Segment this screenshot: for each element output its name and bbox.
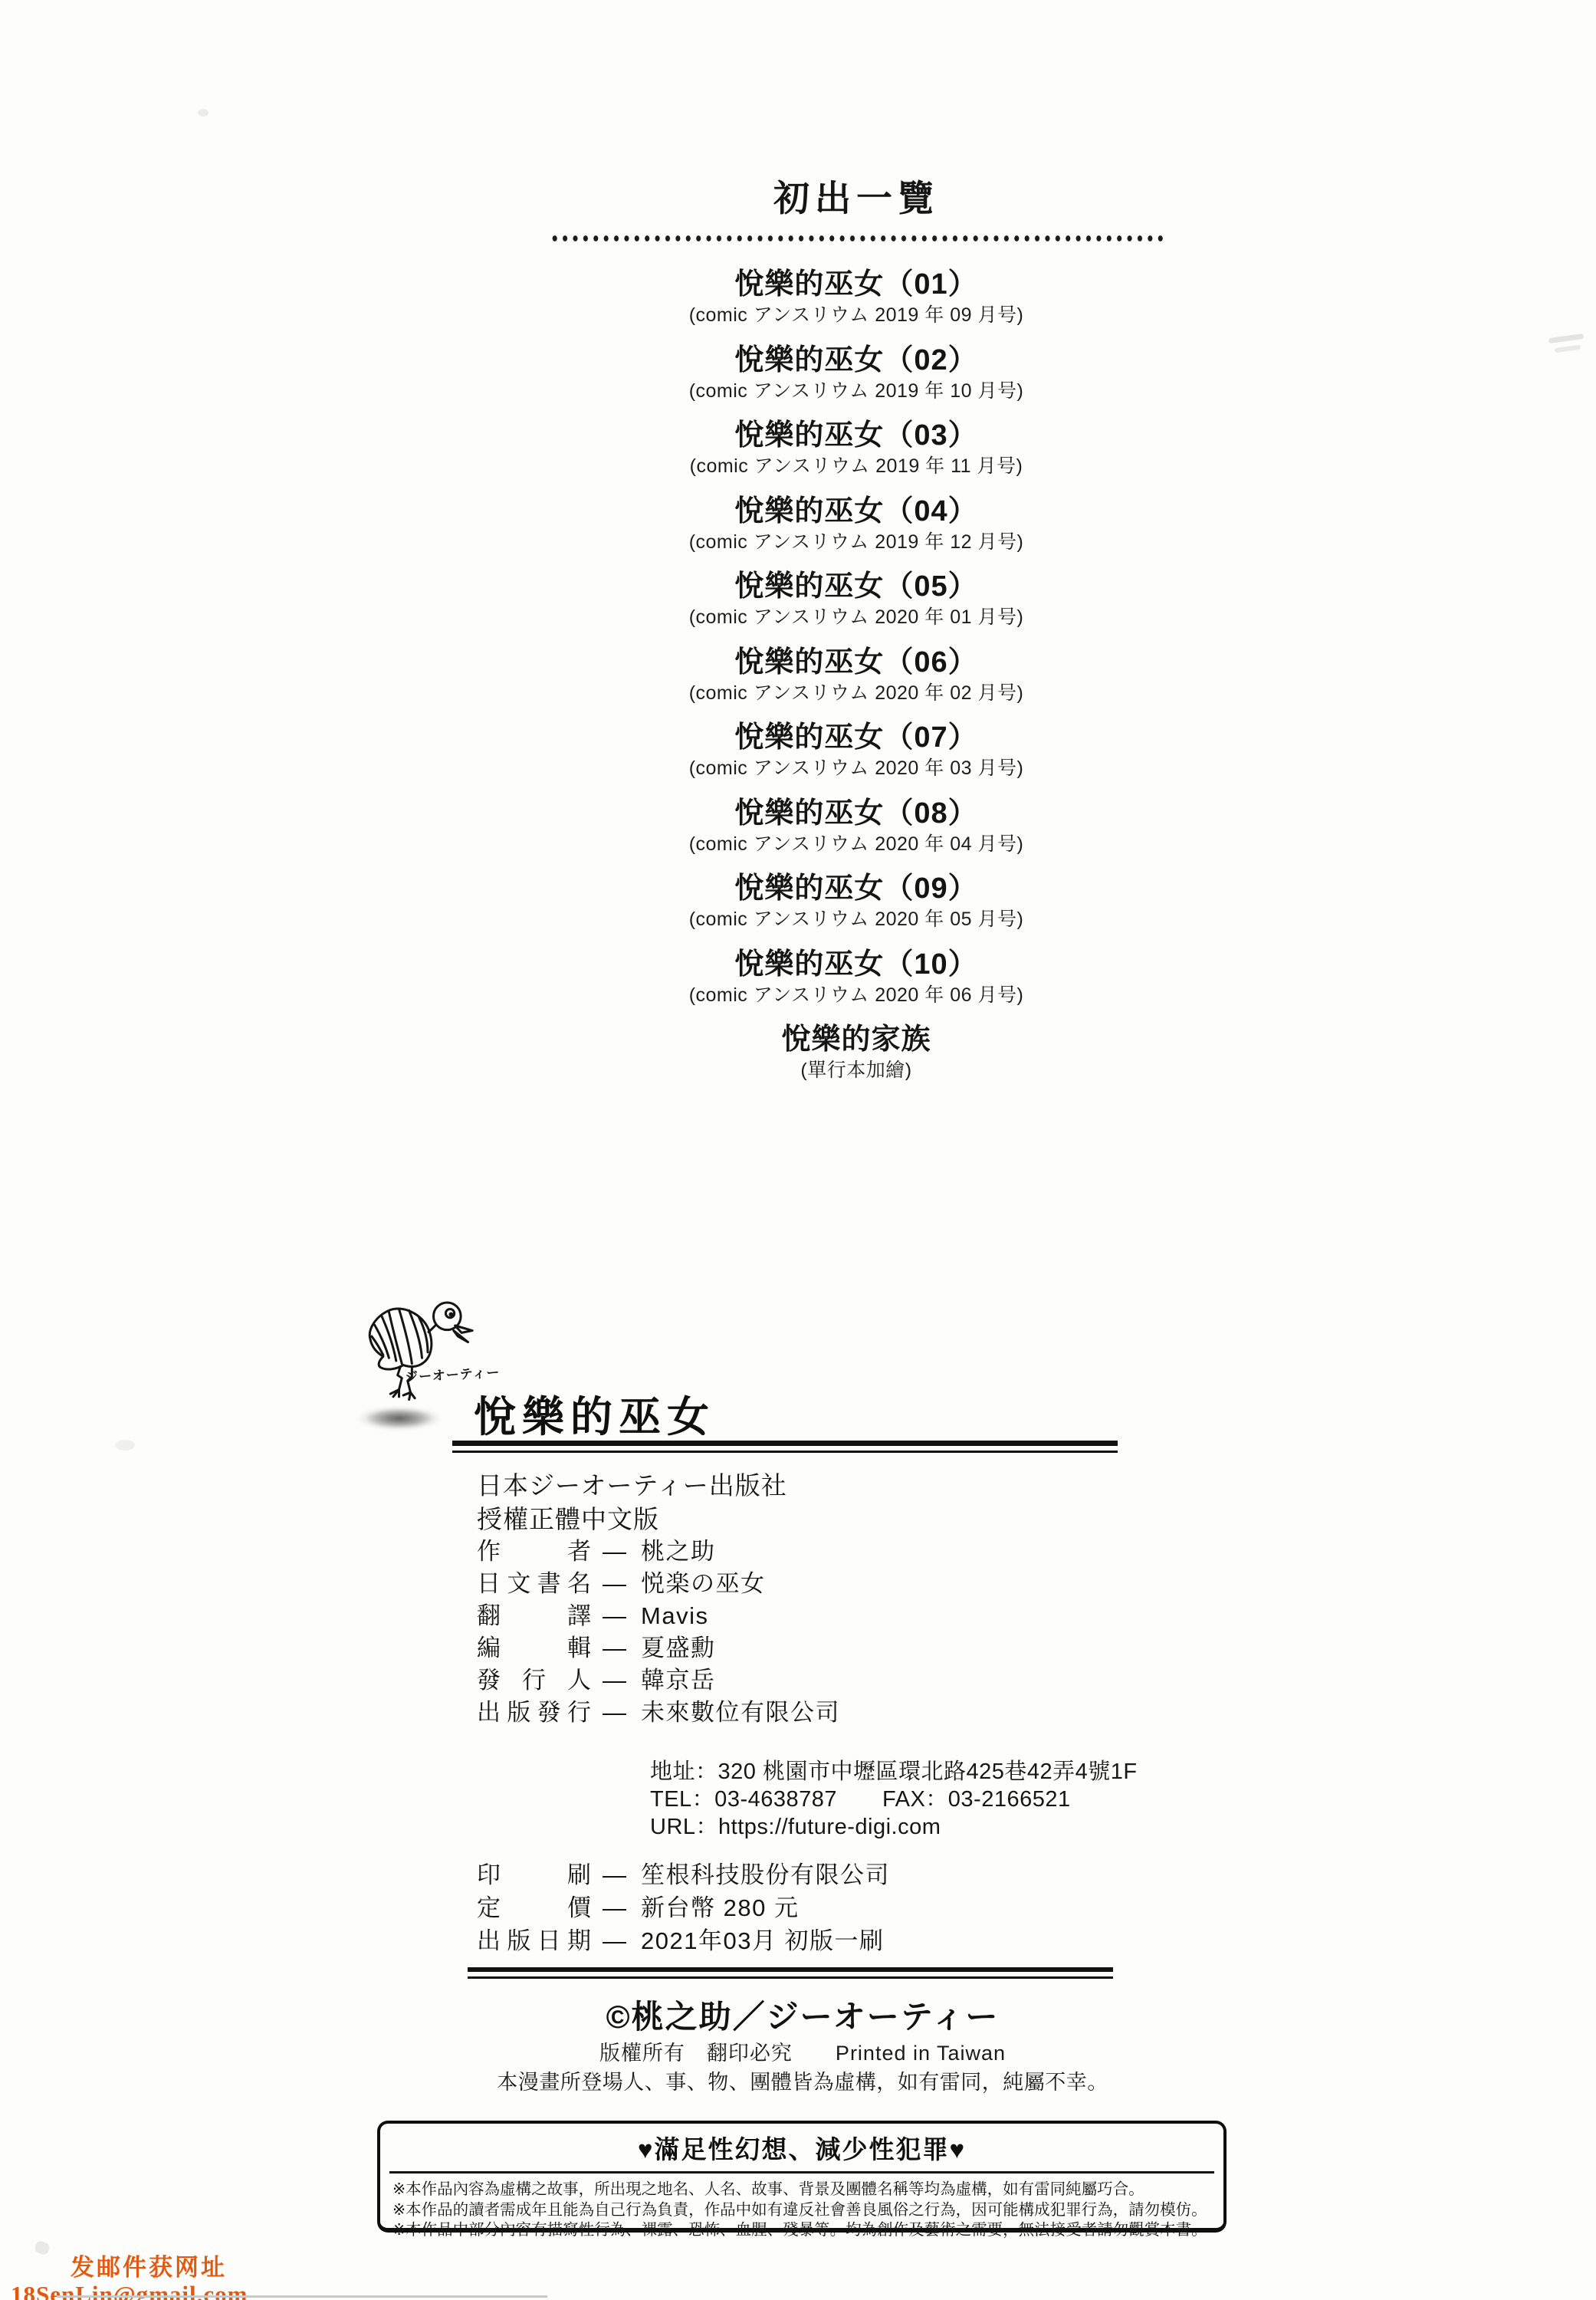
row-dash: — <box>603 1602 627 1630</box>
scanned-colophon-page: 初出一覽 悅樂的巫女（01） (comic アンスリウム 2019 年 09 月… <box>0 0 1596 2300</box>
title-rule <box>452 1441 1118 1453</box>
publication-title: 悅樂的巫女（10） <box>117 947 1596 982</box>
publication-title: 悅樂的家族 <box>117 1022 1596 1057</box>
row-value: 夏盛勳 <box>641 1628 716 1663</box>
publication-item: 悅樂的巫女（09） (comic アンスリウム 2020 年 05 月号) <box>117 871 1596 947</box>
watermark: 发邮件获网址 18SenLin@gmail.com <box>11 2256 248 2300</box>
row-dash: — <box>603 1699 627 1727</box>
fiction-disclaimer: 本漫畫所登場人、事、物、團體皆為虛構，如有雷同，純屬不幸。 <box>377 2065 1228 2095</box>
publication-source: (comic アンスリウム 2020 年 05 月号) <box>117 908 1596 932</box>
publisher-name: 日本ジーオーティー出版社 <box>477 1469 787 1503</box>
publisher-address: 地址：320 桃園市中壢區環北路425巷42弄4號1F <box>650 1754 1138 1786</box>
notice-line: ※本作品中部分內容有描寫性行為、裸露、恐怖、血腥、殘暴等。均為創作及藝術之需要，… <box>392 2220 1211 2241</box>
row-label: 作者 <box>477 1532 592 1566</box>
publication-title: 悅樂的巫女（08） <box>117 796 1596 831</box>
row-dash: — <box>603 1570 627 1598</box>
publisher-tel-fax: TEL：03-4638787 FAX：03-2166521 <box>650 1782 1071 1813</box>
content-notice-box: ♥滿足性幻想、減少性犯罪♥ ※本作品內容為虛構之故事，所出現之地名、人名、故事、… <box>377 2121 1227 2233</box>
publication-item: 悅樂的巫女（07） (comic アンスリウム 2020 年 03 月号) <box>117 720 1596 796</box>
copyright-line: ©桃之助／ジーオーティー <box>377 1992 1228 2038</box>
publication-title: 悅樂的巫女（02） <box>117 343 1596 378</box>
publication-source: (comic アンスリウム 2020 年 01 月号) <box>117 606 1596 629</box>
notice-line: ※本作品的讀者需成年且能為自己行為負責，作品中如有違反社會善良風俗之行為，因可能… <box>392 2200 1211 2221</box>
publisher-lines: 日本ジーオーティー出版社 授權正體中文版 <box>477 1469 787 1536</box>
mascot-caption: ジーオーティー <box>404 1362 500 1385</box>
notice-heading: ♥滿足性幻想、減少性犯罪♥ <box>380 2130 1223 2166</box>
row-dash: — <box>603 1538 627 1566</box>
row-dash: — <box>603 1635 627 1662</box>
publication-source: (comic アンスリウム 2020 年 06 月号) <box>117 984 1596 1007</box>
publication-source: (comic アンスリウム 2020 年 03 月号) <box>117 757 1596 780</box>
publication-item: 悅樂的巫女（03） (comic アンスリウム 2019 年 11 月号) <box>117 418 1596 494</box>
watermark-email: 18SenLin@gmail.com <box>11 2282 248 2300</box>
colophon-bottom-rule <box>468 1967 1113 1979</box>
publication-item: 悅樂的巫女（06） (comic アンスリウム 2020 年 02 月号) <box>117 645 1596 721</box>
row-value: 未來數位有限公司 <box>641 1693 840 1727</box>
colophon-row-translator: 翻譯 — Mavis <box>477 1596 708 1631</box>
publication-title: 悅樂的巫女（06） <box>117 645 1596 680</box>
publication-source: (comic アンスリウム 2019 年 11 月号) <box>117 455 1596 478</box>
row-value: 悦楽の巫女 <box>641 1564 766 1598</box>
row-label: 編輯 <box>477 1628 592 1663</box>
colophon-row-jp-title: 日文書名 — 悦楽の巫女 <box>477 1564 766 1598</box>
row-label: 印刷 <box>477 1855 592 1890</box>
notice-line: ※本作品內容為虛構之故事，所出現之地名、人名、故事、背景及團體名稱等均為虛構，如… <box>392 2180 1211 2200</box>
colophon-row-publisher: 出版發行 — 未來數位有限公司 <box>477 1693 840 1727</box>
publication-item: 悅樂的巫女（04） (comic アンスリウム 2019 年 12 月号) <box>117 494 1596 570</box>
book-title: 悅樂的巫女 <box>474 1383 715 1444</box>
row-value: 新台幣 280 元 <box>641 1888 799 1923</box>
first-publication-heading: 初出一覽 <box>117 170 1596 222</box>
publication-list: 悅樂的巫女（01） (comic アンスリウム 2019 年 09 月号) 悅樂… <box>117 267 1596 1098</box>
scan-smudge <box>198 109 209 117</box>
colophon-row-price: 定價 — 新台幣 280 元 <box>477 1888 799 1923</box>
row-label: 發行人 <box>477 1661 592 1695</box>
publication-item: 悅樂的巫女（02） (comic アンスリウム 2019 年 10 月号) <box>117 343 1596 419</box>
row-label: 出版日期 <box>477 1921 592 1956</box>
publication-item: 悅樂的巫女（08） (comic アンスリウム 2020 年 04 月号) <box>117 796 1596 872</box>
row-dash: — <box>603 1861 627 1889</box>
publication-source: (comic アンスリウム 2019 年 09 月号) <box>117 304 1596 327</box>
scan-smudge <box>34 2239 51 2256</box>
row-value: 桃之助 <box>641 1532 716 1566</box>
notice-lines: ※本作品內容為虛構之故事，所出現之地名、人名、故事、背景及團體名稱等均為虛構，如… <box>380 2180 1223 2241</box>
row-label: 定價 <box>477 1888 592 1923</box>
watermark-text: 发邮件获网址 <box>11 2256 248 2279</box>
publication-item: 悅樂的巫女（05） (comic アンスリウム 2020 年 01 月号) <box>117 569 1596 645</box>
publication-title: 悅樂的巫女（01） <box>117 267 1596 302</box>
publication-source: (comic アンスリウム 2019 年 12 月号) <box>117 531 1596 554</box>
colophon-row-editor: 編輯 — 夏盛勳 <box>477 1628 716 1663</box>
publication-title: 悅樂的巫女（09） <box>117 871 1596 906</box>
row-value: 笙根科技股份有限公司 <box>641 1855 890 1890</box>
row-label: 翻譯 <box>477 1596 592 1631</box>
publisher-url: URL：https://future-digi.com <box>650 1809 941 1841</box>
publication-source: (comic アンスリウム 2020 年 02 月号) <box>117 682 1596 705</box>
publication-item: 悅樂的家族 (單行本加繪) <box>117 1022 1596 1098</box>
colophon-row-printer: 印刷 — 笙根科技股份有限公司 <box>477 1855 890 1890</box>
row-dash: — <box>603 1927 627 1955</box>
colophon-row-author: 作者 — 桃之助 <box>477 1532 716 1566</box>
publication-source: (comic アンスリウム 2020 年 04 月号) <box>117 833 1596 856</box>
publication-title: 悅樂的巫女（07） <box>117 720 1596 755</box>
publication-title: 悅樂的巫女（03） <box>117 418 1596 453</box>
publication-title: 悅樂的巫女（05） <box>117 569 1596 604</box>
mascot-shadow <box>354 1405 445 1431</box>
row-dash: — <box>603 1894 627 1922</box>
row-dash: — <box>603 1667 627 1694</box>
row-value: 韓京岳 <box>641 1661 716 1695</box>
publication-item: 悅樂的巫女（10） (comic アンスリウム 2020 年 06 月号) <box>117 947 1596 1023</box>
publication-title: 悅樂的巫女（04） <box>117 494 1596 529</box>
scan-smudge <box>115 1440 135 1451</box>
bird-mascot-illustration <box>359 1291 474 1406</box>
dotted-divider <box>550 235 1163 242</box>
notice-divider <box>389 2171 1214 2173</box>
row-value: Mavis <box>641 1602 708 1630</box>
colophon-row-pub-date: 出版日期 — 2021年03月 初版一刷 <box>477 1921 885 1956</box>
publication-item: 悅樂的巫女（01） (comic アンスリウム 2019 年 09 月号) <box>117 267 1596 343</box>
publication-source: (單行本加繪) <box>117 1059 1596 1083</box>
row-label: 出版發行 <box>477 1693 592 1727</box>
row-label: 日文書名 <box>477 1564 592 1598</box>
colophon-row-issuer: 發行人 — 韓京岳 <box>477 1661 716 1695</box>
publication-source: (comic アンスリウム 2019 年 10 月号) <box>117 379 1596 403</box>
row-value: 2021年03月 初版一刷 <box>641 1921 885 1956</box>
rights-line: 版權所有 翻印必究 Printed in Taiwan <box>377 2036 1228 2066</box>
